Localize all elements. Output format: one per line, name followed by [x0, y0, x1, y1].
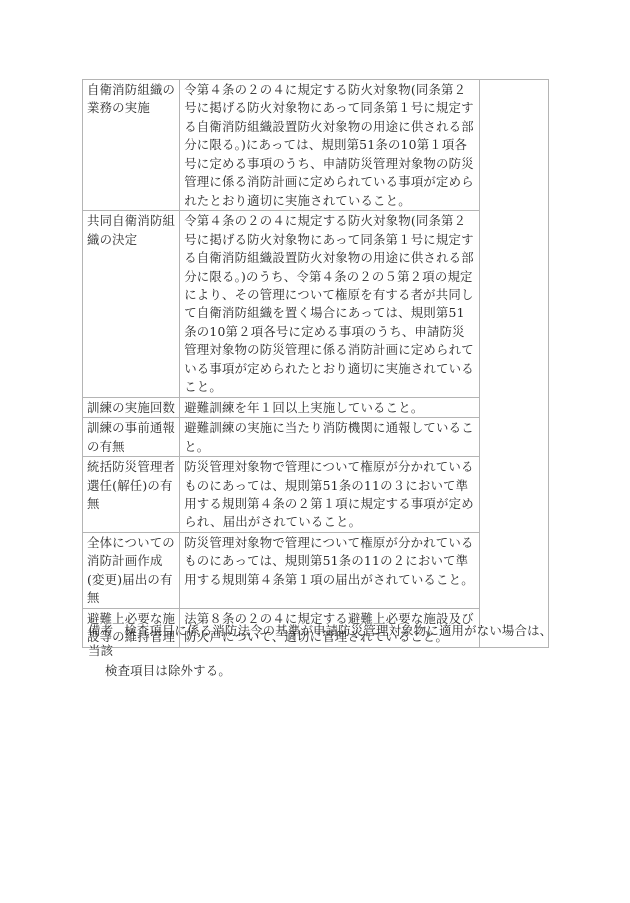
- footnote-line-1: 備考検査項目に係る消防法令の基準が申請防災管理対象物に適用がない場合は、当該: [88, 621, 558, 661]
- footnote-text: 検査項目に係る消防法令の基準が申請防災管理対象物に適用がない場合は、当該: [88, 623, 552, 658]
- requirement-cell: 令第４条の２の４に規定する防火対象物(同条第２号に掲げる防火対象物にあって同条第…: [180, 80, 480, 211]
- item-cell: 全体についての消防計画作成(変更)届出の有無: [83, 532, 180, 608]
- item-cell: 訓練の実施回数: [83, 397, 180, 417]
- inspection-table: 自衛消防組織の業務の実施 令第４条の２の４に規定する防火対象物(同条第２号に掲げ…: [82, 79, 549, 648]
- table-row: 全体についての消防計画作成(変更)届出の有無 防災管理対象物で管理について権原が…: [83, 532, 549, 608]
- requirement-cell: 令第４条の２の４に規定する防火対象物(同条第２号に掲げる防火対象物にあって同条第…: [180, 211, 480, 398]
- footnote-label: 備考: [88, 623, 113, 638]
- footnote: 備考検査項目に係る消防法令の基準が申請防災管理対象物に適用がない場合は、当該 検…: [88, 621, 558, 681]
- footnote-line-2: 検査項目は除外する。: [88, 661, 558, 681]
- requirement-cell: 防災管理対象物で管理について権原が分かれているものにあっては、規則第51条の11…: [180, 457, 480, 533]
- remarks-column-cell: [479, 80, 548, 648]
- requirement-cell: 防災管理対象物で管理について権原が分かれているものにあっては、規則第51条の11…: [180, 532, 480, 608]
- table-row: 自衛消防組織の業務の実施 令第４条の２の４に規定する防火対象物(同条第２号に掲げ…: [83, 80, 549, 211]
- requirement-cell: 避難訓練を年１回以上実施していること。: [180, 397, 480, 417]
- item-cell: 自衛消防組織の業務の実施: [83, 80, 180, 211]
- item-cell: 統括防災管理者選任(解任)の有無: [83, 457, 180, 533]
- table-row: 統括防災管理者選任(解任)の有無 防災管理対象物で管理について権原が分かれている…: [83, 457, 549, 533]
- item-cell: 共同自衛消防組織の決定: [83, 211, 180, 398]
- table-row: 共同自衛消防組織の決定 令第４条の２の４に規定する防火対象物(同条第２号に掲げる…: [83, 211, 549, 398]
- requirement-cell: 避難訓練の実施に当たり消防機関に通報していること。: [180, 418, 480, 457]
- document-page: 自衛消防組織の業務の実施 令第４条の２の４に規定する防火対象物(同条第２号に掲げ…: [0, 0, 630, 903]
- table-row: 訓練の実施回数 避難訓練を年１回以上実施していること。: [83, 397, 549, 417]
- table-row: 訓練の事前通報の有無 避難訓練の実施に当たり消防機関に通報していること。: [83, 418, 549, 457]
- item-cell: 訓練の事前通報の有無: [83, 418, 180, 457]
